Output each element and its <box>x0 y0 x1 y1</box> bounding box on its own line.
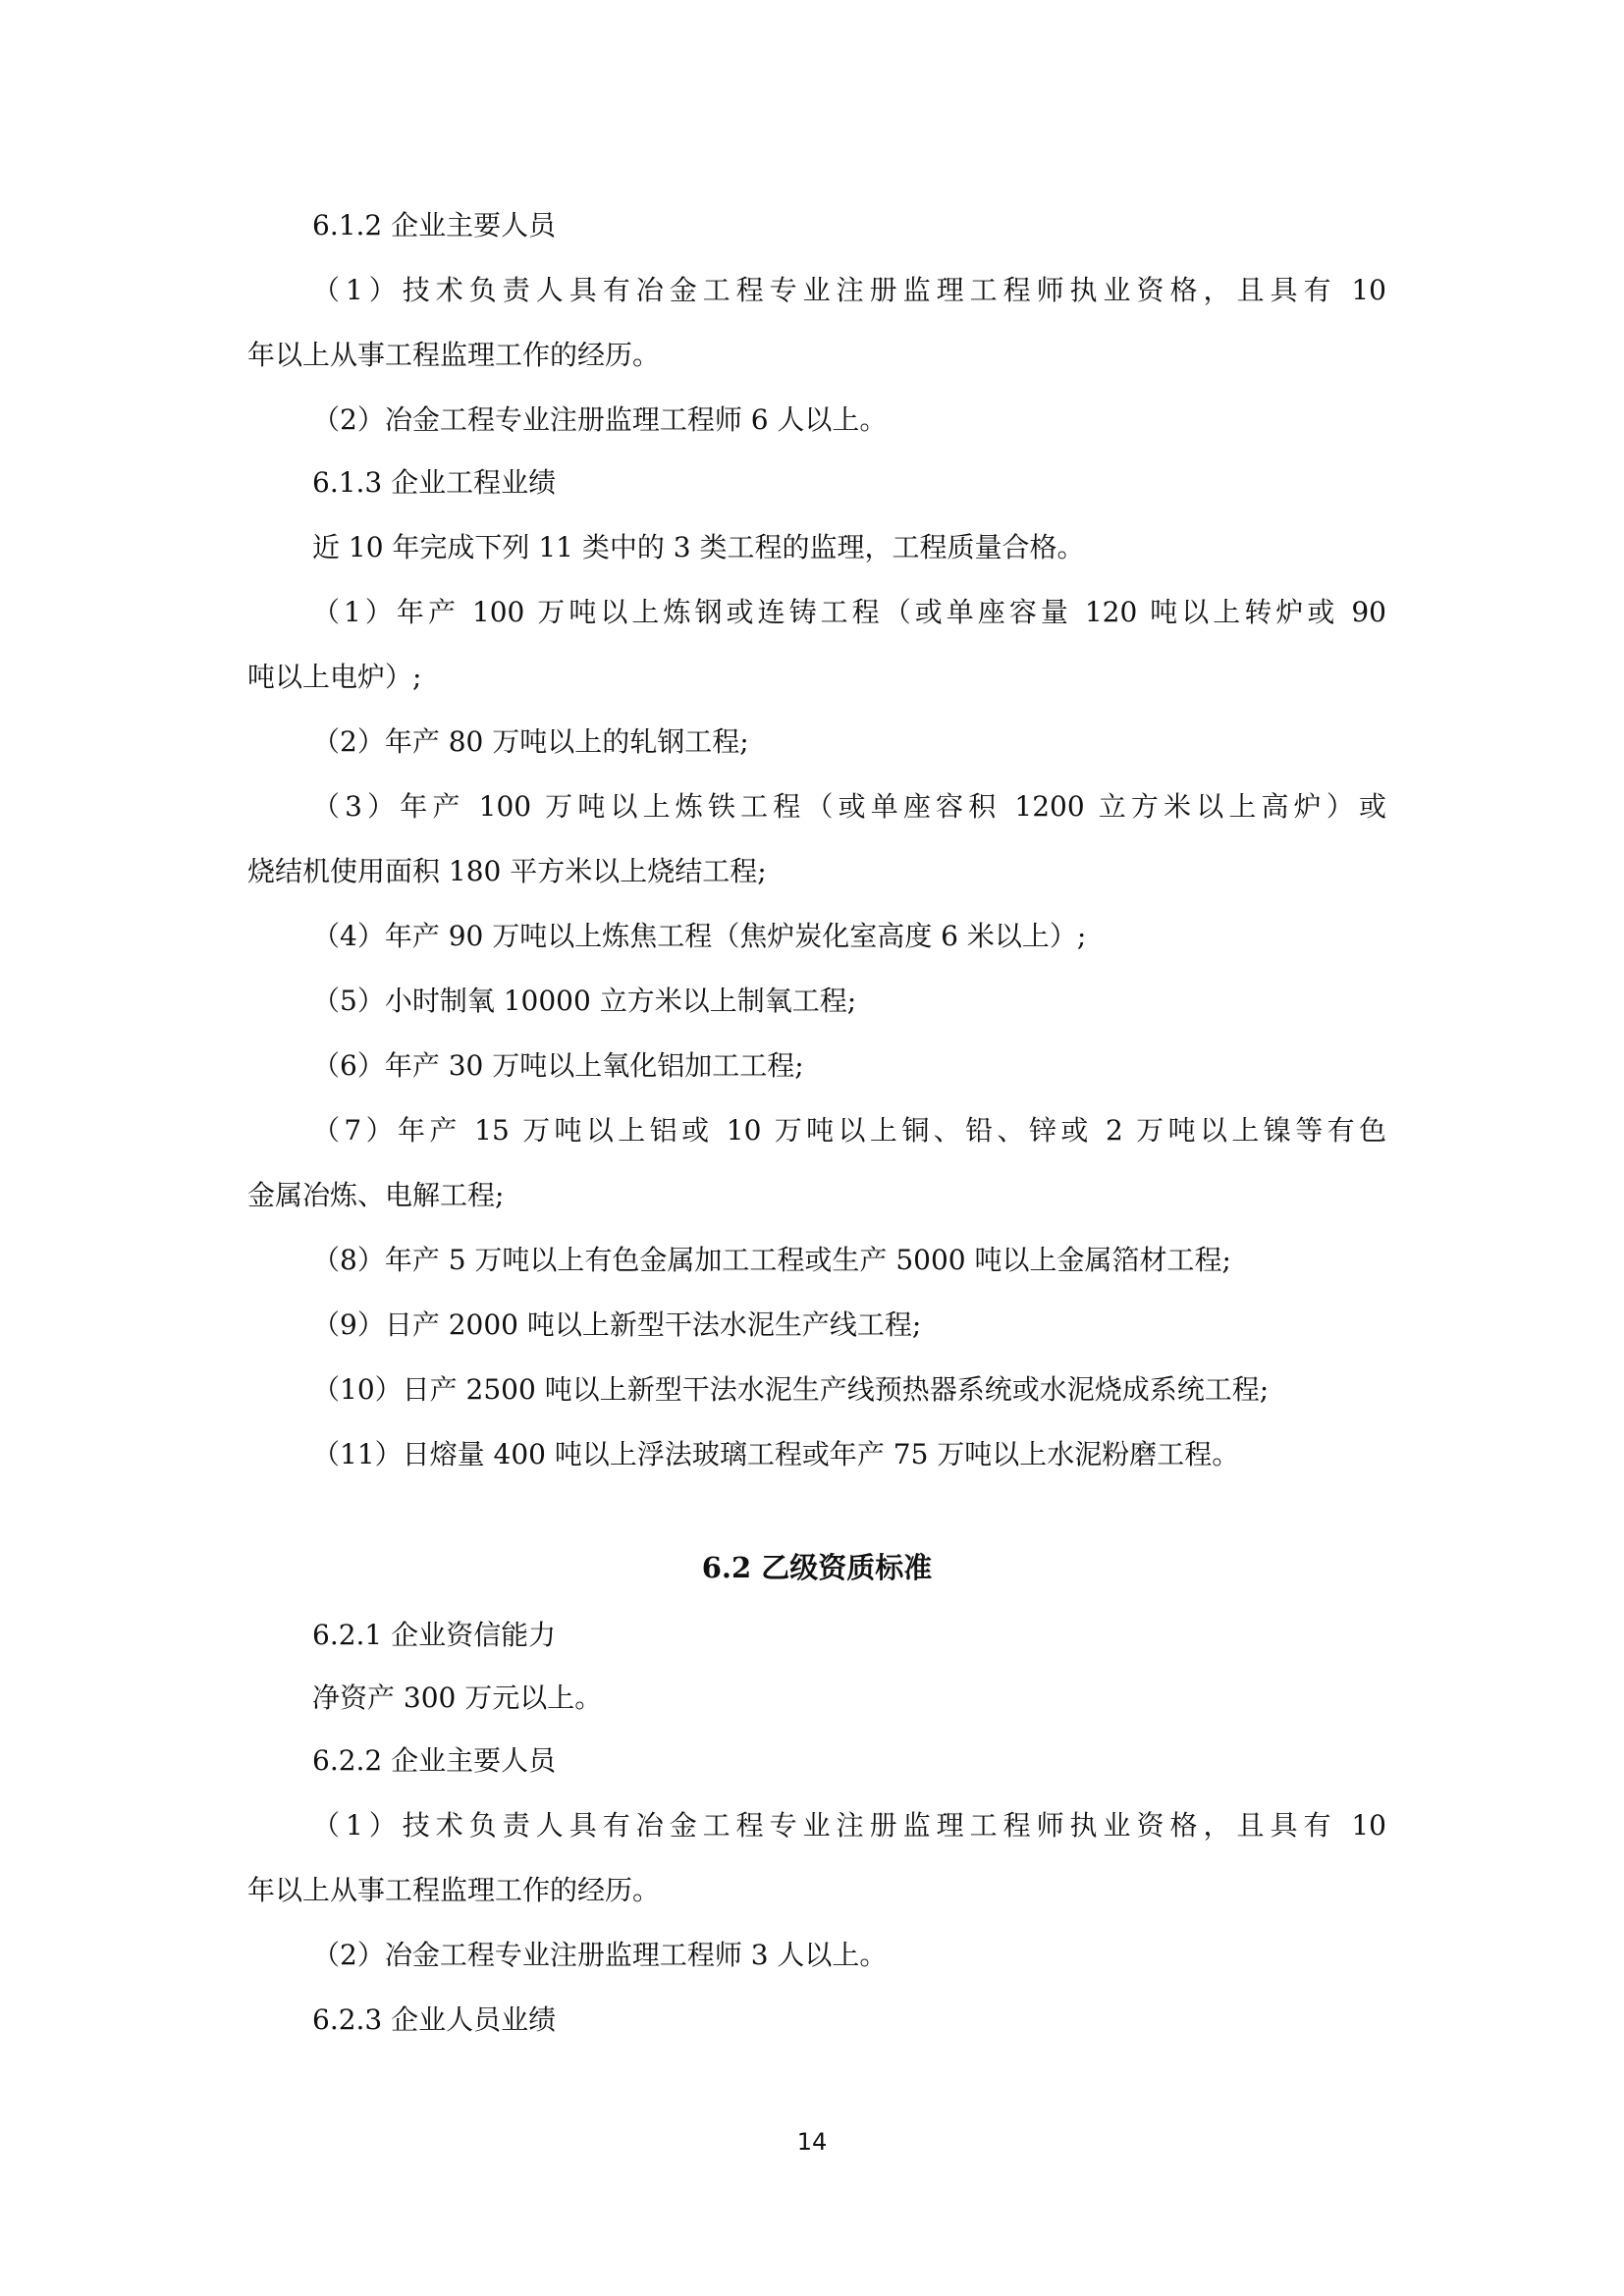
list-item-continuation: 烧结机使用面积 180 平方米以上烧结工程; <box>247 857 767 886</box>
list-item: （2）冶金工程专业注册监理工程师 6 人以上。 <box>312 405 887 435</box>
list-item: （4）年产 90 万吨以上炼焦工程（焦炉炭化室高度 6 米以上）; <box>312 922 1086 951</box>
list-item: （5）小时制氧 10000 立方米以上制氧工程; <box>312 987 856 1016</box>
list-item: （8）年产 5 万吨以上有色金属加工工程或生产 5000 吨以上金属箔材工程; <box>312 1246 1231 1275</box>
list-item-continuation: 年以上从事工程监理工作的经历。 <box>247 341 660 370</box>
list-item: （1）技术负责人具有冶金工程专业注册监理工程师执业资格，且具有 10 <box>312 1811 1386 1841</box>
list-item-continuation: 吨以上电炉）; <box>247 663 421 692</box>
section-heading-6-2: 6.2 乙级资质标准 <box>247 1552 1386 1583</box>
list-item: （1）技术负责人具有冶金工程专业注册监理工程师执业资格，且具有 10 <box>312 276 1386 305</box>
list-item: （1）年产 100 万吨以上炼钢或连铸工程（或单座容量 120 吨以上转炉或 9… <box>312 598 1386 627</box>
section-title-6-1-2: 6.1.2 企业主要人员 <box>312 211 556 240</box>
list-item: （9）日产 2000 吨以上新型干法水泥生产线工程; <box>312 1310 921 1340</box>
section-title-6-2-3: 6.2.3 企业人员业绩 <box>312 2005 556 2035</box>
list-item: （3）年产 100 万吨以上炼铁工程（或单座容积 1200 立方米以上高炉）或 <box>312 792 1386 822</box>
list-item: （2）年产 80 万吨以上的轧钢工程; <box>312 727 749 757</box>
section-title-6-1-3: 6.1.3 企业工程业绩 <box>312 468 556 498</box>
page-number: 14 <box>0 2128 1624 2156</box>
list-item: （6）年产 30 万吨以上氧化铝加工工程; <box>312 1051 804 1081</box>
list-item: （2）冶金工程专业注册监理工程师 3 人以上。 <box>312 1941 887 1970</box>
list-item: （11）日熔量 400 吨以上浮法玻璃工程或年产 75 万吨以上水泥粉磨工程。 <box>312 1440 1239 1469</box>
list-item-continuation: 年以上从事工程监理工作的经历。 <box>247 1876 660 1905</box>
section-title-6-2-2: 6.2.2 企业主要人员 <box>312 1746 556 1776</box>
list-item-continuation: 金属冶炼、电解工程; <box>247 1181 504 1210</box>
list-item: （7）年产 15 万吨以上铝或 10 万吨以上铜、铅、锌或 2 万吨以上镍等有色 <box>312 1116 1386 1146</box>
paragraph: 净资产 300 万元以上。 <box>312 1683 602 1713</box>
section-intro: 近 10 年完成下列 11 类中的 3 类工程的监理，工程质量合格。 <box>312 533 1084 562</box>
section-title-6-2-1: 6.2.1 企业资信能力 <box>312 1621 556 1650</box>
list-item: （10）日产 2500 吨以上新型干法水泥生产线预热器系统或水泥烧成系统工程; <box>312 1375 1269 1405</box>
